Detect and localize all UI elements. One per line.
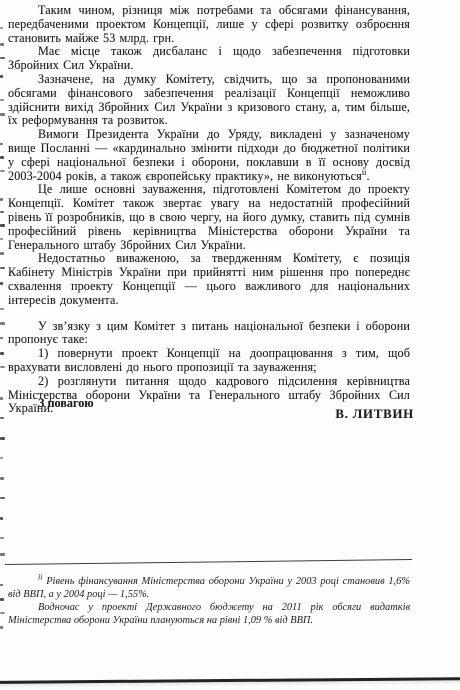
scan-artifact <box>0 99 4 101</box>
scan-artifact <box>0 198 3 201</box>
paragraph-training-imbalance: Має місце також дисбаланс і щодо забезпе… <box>8 45 410 73</box>
scan-artifact <box>0 252 4 255</box>
letter-body: Таким чином, різниця між потребами та об… <box>8 4 410 416</box>
scan-bottom-edge <box>0 677 460 683</box>
scan-artifact <box>0 337 3 339</box>
footnote-item-2: Водночас у проекті Державного бюджету на… <box>8 602 410 628</box>
signature-name: В. ЛИТВИН <box>335 407 414 422</box>
paragraph-proposal-intro: У зв’язку з цим Комітет з питань націона… <box>8 320 410 348</box>
footnote-text: іі Рівень фінансування Міністерства обор… <box>8 576 410 628</box>
closing-block: З повагою В. ЛИТВИН <box>8 396 410 432</box>
scan-artifact <box>0 143 3 145</box>
scan-artifact <box>0 238 3 240</box>
paragraph-text-after-ref: . <box>367 169 370 183</box>
list-item-1: 1) повернути проект Концепції на доопрац… <box>8 347 410 375</box>
scan-artifact <box>0 224 5 227</box>
scan-artifact <box>0 27 3 29</box>
scan-artifact <box>0 267 5 269</box>
paragraph-main-remarks: Це лише основні зауваження, підготовлені… <box>8 183 410 252</box>
scan-artifact <box>0 322 5 325</box>
scan-artifact <box>0 211 4 213</box>
scan-artifact <box>0 497 5 499</box>
scan-artifact <box>0 308 4 310</box>
paragraph-cabinet-position: Недостатньо виваженою, за твердженням Ко… <box>8 252 410 307</box>
paragraph-committee-opinion: Зазначене, на думку Комітету, свідчить, … <box>8 73 410 128</box>
scan-artifact <box>0 598 4 601</box>
scanned-letter-page: Таким чином, різниця між потребами та об… <box>0 0 460 690</box>
scan-artifact <box>0 553 5 556</box>
footnote-block: іі Рівень фінансування Міністерства обор… <box>8 564 410 628</box>
footnote-item-1: іі Рівень фінансування Міністерства обор… <box>8 576 410 602</box>
paragraph-text: Вимоги Президента України до Уряду, викл… <box>8 127 410 182</box>
paragraph-president-requirements: Вимоги Президента України до Уряду, викл… <box>8 128 410 183</box>
scan-artifact <box>0 75 3 78</box>
scan-artifact <box>0 113 5 116</box>
scan-artifact <box>0 477 4 480</box>
scan-artifact <box>0 57 5 59</box>
scan-artifact <box>0 457 3 459</box>
scan-artifact <box>0 626 3 629</box>
paragraph-financing-gap: Таким чином, різниця між потребами та об… <box>8 4 410 45</box>
footnote-item-text: Рівень фінансування Міністерства оборони… <box>8 576 410 600</box>
scan-artifact <box>0 352 4 355</box>
salutation: З повагою <box>38 396 94 411</box>
scan-artifact <box>0 537 4 539</box>
scan-artifact <box>0 612 5 614</box>
scan-artifact <box>0 517 3 520</box>
scan-artifact <box>0 366 5 368</box>
scan-artifact <box>0 397 3 400</box>
scan-artifact <box>0 170 5 172</box>
scan-artifact <box>0 584 3 586</box>
scan-artifact <box>0 437 5 440</box>
scan-artifact <box>0 417 4 419</box>
scan-artifact <box>0 43 4 46</box>
scan-artifact <box>0 156 4 159</box>
footnote-separator-rule <box>5 559 412 565</box>
scan-artifact <box>0 282 3 285</box>
